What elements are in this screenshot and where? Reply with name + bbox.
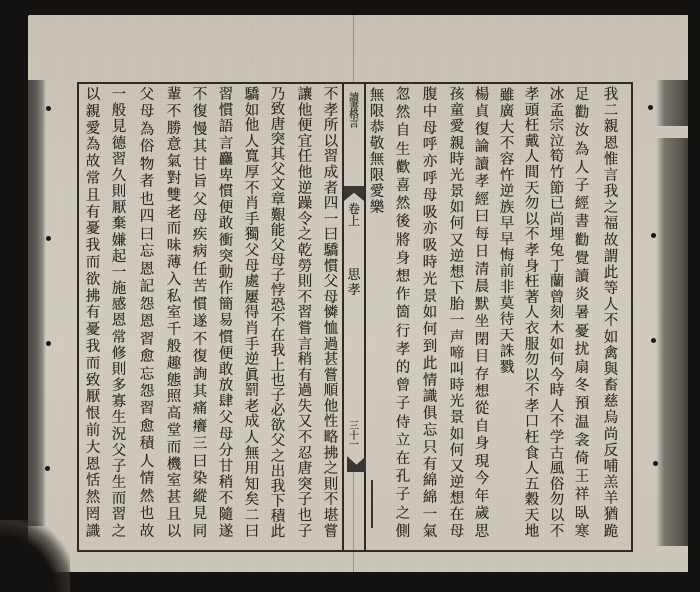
glyph: 如 — [423, 306, 438, 321]
glyph: 之 — [604, 201, 619, 216]
glyph: 復 — [475, 123, 490, 138]
glyph: 以 — [525, 213, 540, 228]
glyph: 習 — [140, 402, 155, 417]
glyph: 而 — [167, 222, 182, 237]
glyph: 子 — [298, 525, 313, 540]
glyph: 曰 — [193, 455, 208, 470]
glyph: 慣 — [219, 185, 234, 200]
glyph: 縱 — [193, 490, 208, 505]
glyph: 立 — [396, 434, 411, 449]
glyph: 肖 — [245, 322, 260, 337]
left-page-column-5: 習慣語言麤卑慣便敢衝突動作簡易慣便敢放肆父母分甘稍不隨遂 — [216, 88, 236, 540]
glyph: 雖 — [500, 88, 515, 104]
glyph: 惟 — [604, 153, 619, 168]
glyph: 景 — [450, 185, 465, 200]
glyph: 屢 — [245, 291, 260, 306]
glyph: 親 — [86, 105, 101, 120]
torn-corner — [0, 520, 70, 592]
glyph: 今 — [550, 369, 565, 384]
glyph: 如 — [450, 428, 465, 443]
glyph: 起 — [112, 250, 127, 265]
glyph: 之 — [396, 507, 411, 522]
glyph: 孔 — [396, 470, 411, 485]
right-binding-edge-top — [656, 80, 690, 126]
glyph: 然 — [86, 491, 101, 506]
glyph: 千 — [167, 323, 182, 338]
glyph: 行 — [396, 325, 411, 340]
glyph: 泣 — [550, 135, 565, 150]
glyph: 獨 — [245, 228, 260, 243]
glyph: 甚 — [324, 353, 339, 368]
glyph: 戮 — [500, 360, 515, 376]
glyph: 俗 — [550, 478, 565, 493]
glyph: 不 — [550, 415, 565, 430]
glyph: 雙 — [167, 189, 182, 204]
glyph: 一 — [112, 266, 127, 281]
glyph: 母 — [324, 291, 339, 306]
glyph: 致 — [271, 103, 286, 118]
glyph: 暑 — [575, 306, 590, 321]
glyph: 憂 — [575, 325, 590, 340]
glyph: 讓 — [298, 88, 313, 103]
right-page-inner-border — [364, 82, 366, 550]
glyph: 何 — [450, 444, 465, 459]
glyph: 不 — [324, 88, 339, 103]
glyph: 逆 — [450, 250, 465, 265]
glyph: 莫 — [500, 296, 515, 312]
glyph: 勝 — [167, 122, 182, 137]
glyph: 現 — [475, 455, 490, 470]
right-page-column-4: 孝頭枉戴人間天勿以不孝身枉著人衣服勿以不孝口枉食人五穀天地 — [522, 88, 542, 540]
glyph: 下 — [271, 495, 286, 510]
right-page-column-2: 足勸汝為人子經書勸覺讀炎暑憂扰扇冬預温衾倚王祥臥寒 — [572, 88, 592, 540]
glyph: 俱 — [423, 407, 438, 422]
glyph: 間 — [525, 166, 540, 181]
glyph: 失 — [298, 400, 313, 415]
glyph: 兔 — [550, 244, 565, 259]
glyph: 母 — [245, 260, 260, 275]
glyph: 畜 — [604, 379, 619, 394]
glyph: 祥 — [575, 488, 590, 503]
glyph: 知 — [245, 478, 260, 493]
glyph: 人 — [140, 455, 155, 470]
glyph: 父 — [271, 239, 286, 254]
glyph: 天 — [500, 328, 515, 344]
glyph: 怨 — [140, 385, 155, 400]
glyph: 性 — [324, 415, 339, 430]
glyph: 人 — [575, 161, 590, 176]
glyph: 二 — [604, 104, 619, 119]
glyph: 胎 — [450, 298, 465, 313]
glyph: 且 — [167, 508, 182, 523]
glyph: 習 — [112, 508, 127, 523]
glyph: 感 — [112, 298, 127, 313]
glyph: 逆 — [245, 353, 260, 368]
glyph: 母 — [271, 254, 286, 269]
glyph: 温 — [575, 416, 590, 431]
glyph: 不 — [525, 228, 540, 243]
glyph: 炎 — [575, 288, 590, 303]
glyph: 母 — [193, 210, 208, 225]
glyph: 一 — [450, 314, 465, 329]
glyph: 動 — [219, 266, 234, 281]
glyph: 中 — [423, 105, 438, 120]
glyph: 老 — [245, 400, 260, 415]
glyph: 風 — [550, 462, 565, 477]
glyph: 倚 — [575, 452, 590, 467]
glyph: 非 — [500, 280, 515, 296]
glyph: 則 — [324, 478, 339, 493]
glyph: 羔 — [604, 476, 619, 491]
glyph: 叫 — [450, 363, 465, 378]
glyph: 德 — [112, 137, 127, 152]
glyph: 早 — [500, 232, 515, 248]
glyph: 棄 — [112, 217, 127, 232]
glyph: 孝 — [396, 343, 411, 358]
glyph: 歲 — [475, 507, 490, 522]
glyph: 慢 — [193, 123, 208, 138]
glyph: 拂 — [324, 447, 339, 462]
glyph: 父 — [140, 88, 155, 103]
glyph: 上 — [271, 359, 286, 374]
glyph: 服 — [525, 338, 540, 353]
glyph: 寬 — [245, 150, 260, 165]
glyph: 恩 — [140, 315, 155, 330]
glyph: 習 — [112, 153, 127, 168]
glyph: 如 — [450, 201, 465, 216]
glyph: 母 — [450, 525, 465, 540]
glyph: 也 — [298, 509, 313, 524]
glyph: 嘗 — [324, 369, 339, 384]
glyph: 憂 — [86, 222, 101, 237]
glyph: 疾 — [193, 228, 208, 243]
glyph: 其 — [193, 140, 208, 155]
glyph: 物 — [140, 158, 155, 173]
glyph: 慈 — [604, 395, 619, 410]
glyph: 孟 — [550, 104, 565, 119]
glyph: 待 — [500, 312, 515, 328]
glyph: 欲 — [86, 273, 101, 288]
glyph: 又 — [450, 234, 465, 249]
glyph: 而 — [167, 441, 182, 456]
glyph: 俗 — [140, 140, 155, 155]
glyph: 憐 — [324, 306, 339, 321]
glyph: 母 — [219, 428, 234, 443]
glyph: 生 — [112, 411, 127, 426]
glyph: 景 — [423, 290, 438, 305]
glyph: 丁 — [550, 260, 565, 275]
glyph: 禽 — [604, 347, 619, 362]
glyph: 光 — [450, 169, 465, 184]
glyph: 照 — [167, 390, 182, 405]
glyph: 每 — [475, 228, 490, 243]
glyph: 一 — [112, 88, 127, 103]
glyph: 久 — [112, 169, 127, 184]
glyph: 刻 — [550, 306, 565, 321]
glyph: 預 — [575, 397, 590, 412]
glyph: 生 — [396, 143, 411, 158]
glyph: 自 — [396, 124, 411, 139]
glyph: 閉 — [475, 333, 490, 348]
glyph: 不 — [324, 493, 339, 508]
glyph: 天 — [525, 509, 540, 524]
glyph: 也 — [271, 374, 286, 389]
glyph: 言 — [298, 338, 313, 353]
glyph: 羊 — [604, 492, 619, 507]
glyph: 父 — [219, 411, 234, 426]
glyph: 尚 — [604, 428, 619, 443]
glyph: 無 — [245, 447, 260, 462]
glyph: 手 — [245, 213, 260, 228]
left-page-column-9: 一般見德習久則厭棄嫌起一施感恩常修則多寡生況父子生而習之 — [109, 88, 129, 540]
glyph: 肆 — [219, 395, 234, 410]
glyph: 以 — [86, 88, 101, 103]
glyph: 我 — [604, 88, 619, 103]
glyph: 五 — [525, 478, 540, 493]
glyph: 手 — [245, 338, 260, 353]
glyph: 成 — [324, 166, 339, 181]
glyph: 曰 — [324, 228, 339, 243]
glyph: 親 — [604, 120, 619, 135]
glyph: 綿 — [423, 474, 438, 489]
glyph: 無 — [370, 152, 385, 168]
glyph: 樂 — [370, 200, 385, 216]
glyph: 人 — [245, 135, 260, 150]
left-page-column-7: 輩不勝意氣對雙老而味薄入私室千般趣態照高堂而機室甚且以 — [164, 88, 184, 540]
glyph: 誅 — [500, 344, 515, 360]
glyph: 母 — [140, 105, 155, 120]
glyph: 忍 — [298, 447, 313, 462]
glyph: 我 — [271, 480, 286, 495]
glyph: 如 — [245, 104, 260, 119]
glyph: 又 — [298, 415, 313, 430]
glyph: 他 — [298, 166, 313, 181]
glyph: 哺 — [604, 460, 619, 475]
glyph: 孝 — [525, 244, 540, 259]
glyph: 頭 — [525, 104, 540, 119]
glyph: 人 — [245, 431, 260, 446]
glyph: 不 — [219, 492, 234, 507]
glyph: 有 — [86, 206, 101, 221]
glyph: 慣 — [219, 104, 234, 119]
glyph: 三 — [193, 437, 208, 452]
glyph: 過 — [298, 384, 313, 399]
glyph: 放 — [219, 379, 234, 394]
left-page-column-6: 不復慢其甘旨父母疾病任苦慣遂不復詢其痛癢三曰染縱見同 — [190, 88, 210, 540]
glyph: 突 — [298, 478, 313, 493]
glyph: 忘 — [140, 368, 155, 383]
glyph: 復 — [193, 350, 208, 365]
right-page-column-3: 冰孟宗泣筍竹節已尚埋兔丁蘭曾刻木如何今時人不学古風俗勿以不 — [547, 88, 567, 540]
glyph: 薄 — [167, 256, 182, 271]
glyph: 恤 — [324, 322, 339, 337]
glyph: 染 — [193, 472, 208, 487]
glyph: 勞 — [298, 260, 313, 275]
glyph: 痛 — [193, 402, 208, 417]
glyph: 只 — [423, 441, 438, 456]
glyph: 学 — [550, 431, 565, 446]
glyph: 且 — [86, 189, 101, 204]
glyph: 天 — [525, 182, 540, 197]
glyph: 子 — [298, 493, 313, 508]
glyph: 隨 — [219, 508, 234, 523]
glyph: 在 — [271, 329, 286, 344]
glyph: 恨 — [86, 407, 101, 422]
glyph: 多 — [112, 379, 127, 394]
glyph: 敢 — [219, 217, 234, 232]
strip-rule — [371, 480, 373, 528]
glyph: 穀 — [525, 493, 540, 508]
glyph: 思 — [347, 268, 360, 283]
glyph: 經 — [475, 193, 490, 208]
glyph: 烏 — [604, 411, 619, 426]
glyph: 恬 — [86, 474, 101, 489]
glyph: 此 — [604, 266, 619, 281]
glyph: 衣 — [525, 322, 540, 337]
glyph: 罔 — [86, 508, 101, 523]
glyph: 目 — [475, 350, 490, 365]
glyph: 便 — [298, 119, 313, 134]
glyph: 作 — [219, 282, 234, 297]
glyph: 父 — [324, 275, 339, 290]
glyph: 曰 — [245, 525, 260, 540]
left-page-inner-border — [342, 82, 344, 550]
glyph: 況 — [112, 428, 127, 443]
glyph: 不 — [193, 333, 208, 348]
glyph: 勸 — [575, 106, 590, 121]
glyph: 前 — [500, 264, 515, 280]
glyph: 苦 — [193, 280, 208, 295]
glyph: 憂 — [86, 323, 101, 338]
glyph: 孝 — [324, 104, 339, 119]
glyph: 得 — [245, 306, 260, 321]
glyph: 一 — [349, 441, 359, 451]
right-page-column-9: 忽然自生歡喜然後將身想作箇行孝的曾子侍立在孔子之側 — [393, 88, 413, 540]
glyph: 人 — [550, 400, 565, 415]
glyph: 福 — [604, 217, 619, 232]
left-page-column-2: 讓他便宜任他逆躁令之乾勞則不習嘗言稍有過失又不忍唐突子也子 — [295, 88, 315, 540]
glyph: 逆 — [450, 476, 465, 491]
glyph: 不 — [298, 291, 313, 306]
glyph: 勿 — [550, 493, 565, 508]
glyph: 清 — [475, 263, 490, 278]
glyph: 側 — [396, 525, 411, 540]
glyph: 的 — [396, 361, 411, 376]
glyph: 對 — [167, 172, 182, 187]
glyph: 也 — [140, 507, 155, 522]
glyph: 習 — [298, 306, 313, 321]
glyph: 存 — [475, 368, 490, 383]
glyph: 輩 — [167, 88, 182, 103]
glyph: 同 — [193, 525, 208, 540]
glyph: 母 — [423, 189, 438, 204]
glyph: 甘 — [219, 460, 234, 475]
glyph: 身 — [525, 260, 540, 275]
glyph: 為 — [86, 138, 101, 153]
glyph: 不 — [550, 525, 565, 540]
glyph: 見 — [193, 507, 208, 522]
glyph: 出 — [271, 465, 286, 480]
binding-hole — [46, 341, 51, 346]
binding-hole — [648, 105, 653, 110]
left-page-column-8: 父母為俗物者也四曰忘恩記怨恩習愈忘怨習愈積人情然也故 — [137, 88, 157, 540]
glyph: 跪 — [604, 525, 619, 540]
glyph: 節 — [550, 182, 565, 197]
glyph: 而 — [86, 256, 101, 271]
glyph: 木 — [550, 322, 565, 337]
glyph: 著 — [525, 291, 540, 306]
glyph: 身 — [396, 252, 411, 267]
glyph: 甘 — [193, 158, 208, 173]
glyph: 已 — [550, 197, 565, 212]
glyph: 常 — [86, 172, 101, 187]
glyph: 而 — [112, 492, 127, 507]
glyph: 者 — [324, 182, 339, 197]
glyph: 易 — [219, 314, 234, 329]
glyph: 不 — [604, 314, 619, 329]
glyph: 分 — [219, 444, 234, 459]
glyph: 慣 — [324, 260, 339, 275]
glyph: 機 — [167, 458, 182, 473]
glyph: 地 — [525, 525, 540, 540]
glyph: 艱 — [271, 209, 286, 224]
glyph: 其 — [193, 385, 208, 400]
glyph: 衾 — [575, 434, 590, 449]
glyph: 吸 — [423, 206, 438, 221]
scanned-book-leaf: 讀書格言 卷上 思孝 三十一 我二親恩惟言我之福故謂此等人不如禽與畜慈烏尚反哺羔… — [0, 0, 700, 592]
glyph: 歡 — [396, 161, 411, 176]
glyph: 光 — [450, 395, 465, 410]
glyph: 復 — [193, 105, 208, 120]
glyph: 旨 — [193, 175, 208, 190]
glyph: 景 — [450, 411, 465, 426]
glyph: 識 — [423, 390, 438, 405]
glyph: 愈 — [140, 350, 155, 365]
glyph: 四 — [140, 210, 155, 225]
glyph: 曾 — [396, 379, 411, 394]
glyph: 厭 — [112, 201, 127, 216]
left-page-column-1: 不孝所以習成者四一曰驕慣父母憐恤過甚嘗順他性略拂之則不堪嘗 — [321, 88, 341, 540]
glyph: 簡 — [219, 298, 234, 313]
glyph: 恩 — [86, 458, 101, 473]
glyph: 突 — [219, 250, 234, 265]
binding-hole — [651, 338, 656, 343]
book-title: 讀書格言 — [346, 95, 362, 129]
right-page-column-5: 雖廣大不容忤逆族早早悔前非莫待天誅戮 — [497, 88, 517, 376]
glyph: 以 — [550, 509, 565, 524]
glyph: 悖 — [271, 284, 286, 299]
glyph: 扇 — [575, 361, 590, 376]
volume-label: 卷上 — [346, 203, 362, 227]
glyph: 趣 — [167, 357, 182, 372]
glyph: 晨 — [475, 280, 490, 295]
glyph: 習 — [324, 150, 339, 165]
glyph: 汝 — [575, 124, 590, 139]
glyph: 限 — [370, 104, 385, 120]
glyph: 我 — [604, 185, 619, 200]
glyph: 曰 — [475, 210, 490, 225]
glyph: 默 — [475, 298, 490, 313]
glyph: 時 — [450, 379, 465, 394]
glyph: 尚 — [550, 213, 565, 228]
glyph: 堪 — [324, 509, 339, 524]
glyph: 等 — [604, 282, 619, 297]
glyph: 想 — [450, 492, 465, 507]
glyph: 想 — [475, 385, 490, 400]
glyph: 孝 — [525, 400, 540, 415]
glyph: 忘 — [423, 424, 438, 439]
glyph: 病 — [193, 245, 208, 260]
